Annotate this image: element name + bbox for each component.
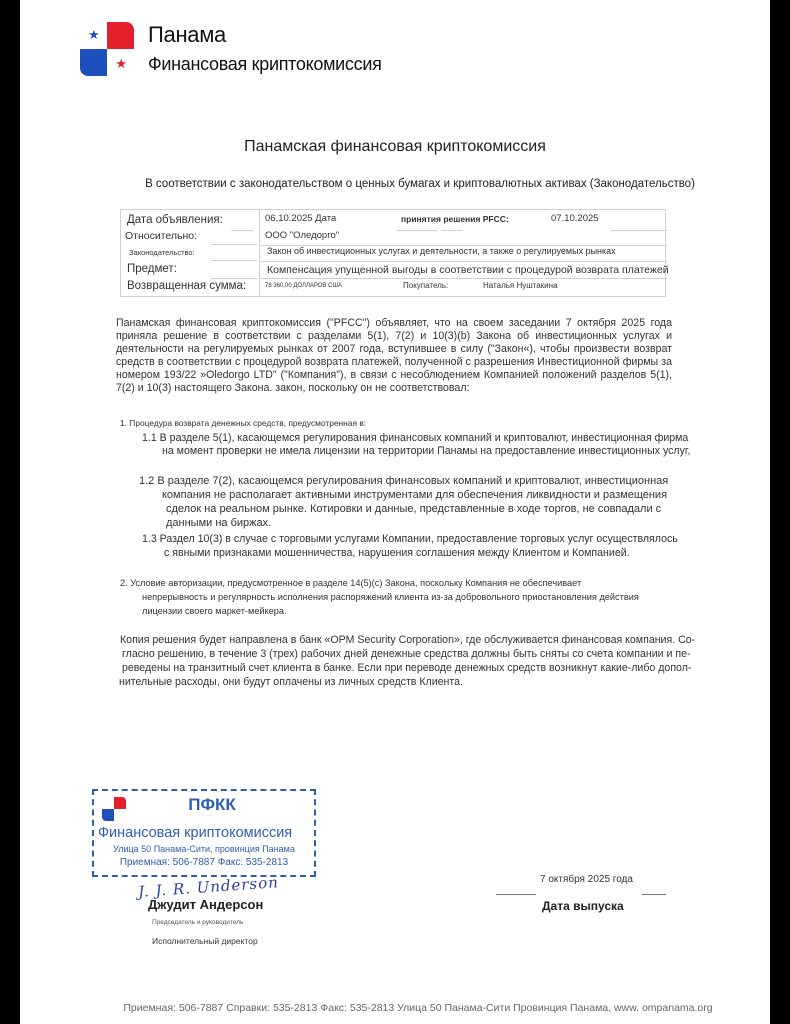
regarding-value: ООО "Оледорго" xyxy=(265,230,339,241)
item-1-2-line2: компания не располагает активными инстру… xyxy=(162,489,667,502)
issue-date: 7 октября 2025 года xyxy=(540,874,633,885)
item-1-2-line4: данными на биржах. xyxy=(166,517,271,530)
closing-line3: реведены на транзитный счет клиента в ба… xyxy=(122,662,691,675)
item-2-line1: 2. Условие авторизации, предусмотренное … xyxy=(120,577,581,590)
closing-line2: гласно решению, в течение 3 (трех) рабоч… xyxy=(122,648,691,661)
issue-date-label: Дата выпуска xyxy=(542,899,624,913)
official-stamp: ПФКК Финансовая криптокомиссия Улица 50 … xyxy=(92,789,316,877)
item-2-line3: лицензии своего маркет-мейкера. xyxy=(142,605,287,618)
amount-label: Возвращенная сумма: xyxy=(127,280,246,292)
signatory-role-chair: Председатель и руководитель xyxy=(152,919,243,926)
footer-contacts: Приемная: 506-7887 Справки: 535-2813 Фак… xyxy=(20,1002,770,1014)
announcement-date-value: 06.10.2025 Дата xyxy=(265,213,336,224)
signatory-name: Джудит Андерсон xyxy=(148,897,263,912)
issue-line-left xyxy=(496,894,536,895)
closing-line1: Копия решения будет направлена в банк «O… xyxy=(120,634,695,647)
closing-line4: нительные расходы, они будут оплачены из… xyxy=(119,676,463,689)
item-1-2-line3: сделок на реальном рынке. Котировки и да… xyxy=(166,503,661,516)
item-1-2-line1: 1.2 В разделе 7(2), касающемся регулиров… xyxy=(139,475,668,488)
issue-line-right xyxy=(642,894,666,895)
item-2-line2: непрерывность и регулярность исполнения … xyxy=(142,591,639,604)
regarding-label: Относительно: xyxy=(125,230,197,242)
decision-date-value: 07.10.2025 xyxy=(551,213,599,224)
buyer-label: Покупатель: xyxy=(403,281,448,290)
main-paragraph: Панамская финансовая криптокомиссия ("PF… xyxy=(116,317,672,395)
item-1-heading: 1. Процедура возврата денежных средств, … xyxy=(120,418,366,428)
document-subtitle: В соответствии с законодательством о цен… xyxy=(20,178,770,190)
brand-title: Панама xyxy=(148,22,226,48)
info-table: Дата объявления: 06.10.2025 Дата приняти… xyxy=(120,209,666,297)
document-page: ★★ Панама Финансовая криптокомиссия Пана… xyxy=(20,0,770,1024)
stamp-phone: Приемная: 506-7887 Факс: 535-2813 xyxy=(94,857,314,868)
brand-subtitle: Финансовая криптокомиссия xyxy=(148,54,382,75)
legislation-value: Закон об инвестиционных услугах и деятел… xyxy=(267,246,616,256)
legislation-label: Законодательство: xyxy=(129,248,195,257)
subject-value: Компенсация упущенной выгоды в соответст… xyxy=(267,264,669,276)
stamp-address: Улица 50 Панама-Сити, провинция Панама xyxy=(94,844,314,854)
stamp-abbreviation: ПФКК xyxy=(94,795,314,815)
decision-date-label: принятия решения PFCC: xyxy=(401,214,509,224)
item-1-1-line1: 1.1 В разделе 5(1), касающемся регулиров… xyxy=(142,432,688,445)
item-1-1-line2: на момент проверки не имела лицензии на … xyxy=(162,445,690,458)
item-1-3-line1: 1.3 Раздел 10(3) в случае с торговыми ус… xyxy=(142,533,678,546)
document-title: Панамская финансовая криптокомиссия xyxy=(20,138,770,156)
item-1-3-line2: с явными признаками мошенничества, наруш… xyxy=(164,547,630,560)
signatory-role-director: Исполнительный директор xyxy=(152,936,258,946)
announcement-date-label: Дата объявления: xyxy=(127,214,223,226)
panama-flag-icon: ★★ xyxy=(80,22,134,76)
buyer-value: Наталья Нуштакина xyxy=(483,281,558,290)
subject-label: Предмет: xyxy=(127,263,177,275)
stamp-name: Финансовая криптокомиссия xyxy=(98,825,292,841)
amount-value: 78 360,00 ДОЛЛАРОВ США xyxy=(265,283,342,289)
